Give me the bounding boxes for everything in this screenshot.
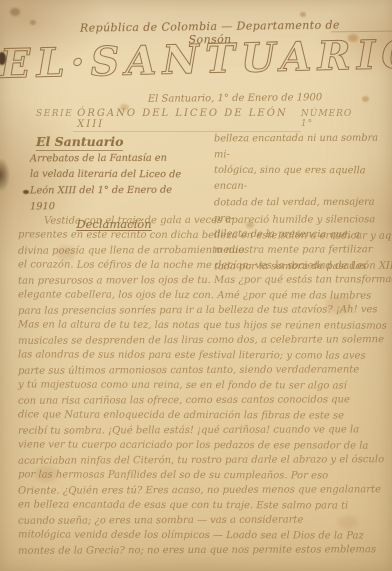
text-line: las alondras de sus nidos para este fest… — [18, 347, 380, 363]
serie-label: SERIE — [36, 109, 73, 119]
numero-label: NÚMERO 1° — [301, 109, 362, 129]
article-title: El Santuario — [36, 134, 123, 151]
text-line: y tú majestuosa como una reina, se en el… — [18, 377, 380, 393]
paper-stain — [300, 12, 306, 17]
text-line: presentes en este recinto con dicha bell… — [18, 227, 380, 243]
text-line: parte sus últimos armoniosos cantos tant… — [18, 362, 380, 379]
text-line: Oriente. ¿Quién eres tú? Eres acaso, no … — [18, 482, 380, 499]
text-line: belleza encantada ni una sombra mi- — [214, 131, 382, 164]
paper-stain — [0, 158, 10, 192]
text-line: divina poesía que llena de arrobamiento … — [18, 242, 380, 259]
text-line: viene ver tu cuerpo acariciado por los p… — [18, 437, 380, 453]
text-line: mitológica venida desde los olímpicos — … — [18, 527, 380, 543]
manuscript-page: República de Colombia — Departamento de … — [0, 0, 392, 571]
organo-label: ÓRGANO DEL LICEO DE LEÓN XIII — [73, 108, 301, 132]
text-line: Arrebatos de la Fantasía en — [30, 151, 198, 168]
newspaper-title: EL·SANTUARIO — [0, 31, 392, 88]
text-line: cuando sueña; ¿o eres una sombra — vas a… — [18, 512, 380, 529]
text-line: tan presurosos a mover los ojos de tu. M… — [18, 272, 380, 289]
text-line: el corazón. Los céfiros de la noche me d… — [18, 257, 380, 273]
text-line: elegante cabellera, los ojos de luz con.… — [18, 287, 380, 303]
text-line: por las hermosas Panfílides del so de su… — [18, 467, 380, 483]
article-subtitle: Arrebatos de la Fantasía enla velada lit… — [30, 151, 198, 215]
text-line: tológica, sino que eres aquella encan- — [214, 163, 382, 196]
paper-stain — [30, 20, 36, 25]
text-line: Vestida con el traje de gala a veces apa… — [18, 212, 380, 229]
dateline: El Santuario, 1° de Enero de 1900 — [120, 92, 350, 105]
paper-stain — [10, 8, 20, 16]
text-line: acariciaban ninfas del Citerón, tu rostr… — [18, 452, 380, 469]
text-line: León XIII del 1° de Enero de 1910 — [30, 183, 198, 216]
paper-stain — [362, 96, 369, 102]
text-line: en belleza encantada de esas que con tu … — [18, 497, 380, 513]
text-line: Mas en la altura de tu tez, las notas qu… — [18, 317, 380, 333]
article-body: Vestida con el traje de gala a veces apa… — [18, 213, 380, 558]
ink-blot — [23, 190, 29, 194]
text-line: la velada literaria del Liceo de — [30, 167, 198, 184]
text-line: musicales se desprenden de las liras com… — [18, 332, 380, 349]
text-line: montes de la Grecia? no; no eres una que… — [18, 542, 380, 559]
text-line: con una risa cariñosa las ofrece, como e… — [18, 392, 380, 409]
text-line: recibí tu sombra. ¡Qué bella estás! ¡qué… — [18, 422, 380, 439]
text-line: dice que Natura enloquecida de admiració… — [18, 407, 380, 423]
text-line: para las presencias sonríes para ir a la… — [18, 302, 380, 319]
masthead-row: SERIE ÓRGANO DEL LICEO DE LEÓN XIII NÚME… — [36, 108, 362, 132]
